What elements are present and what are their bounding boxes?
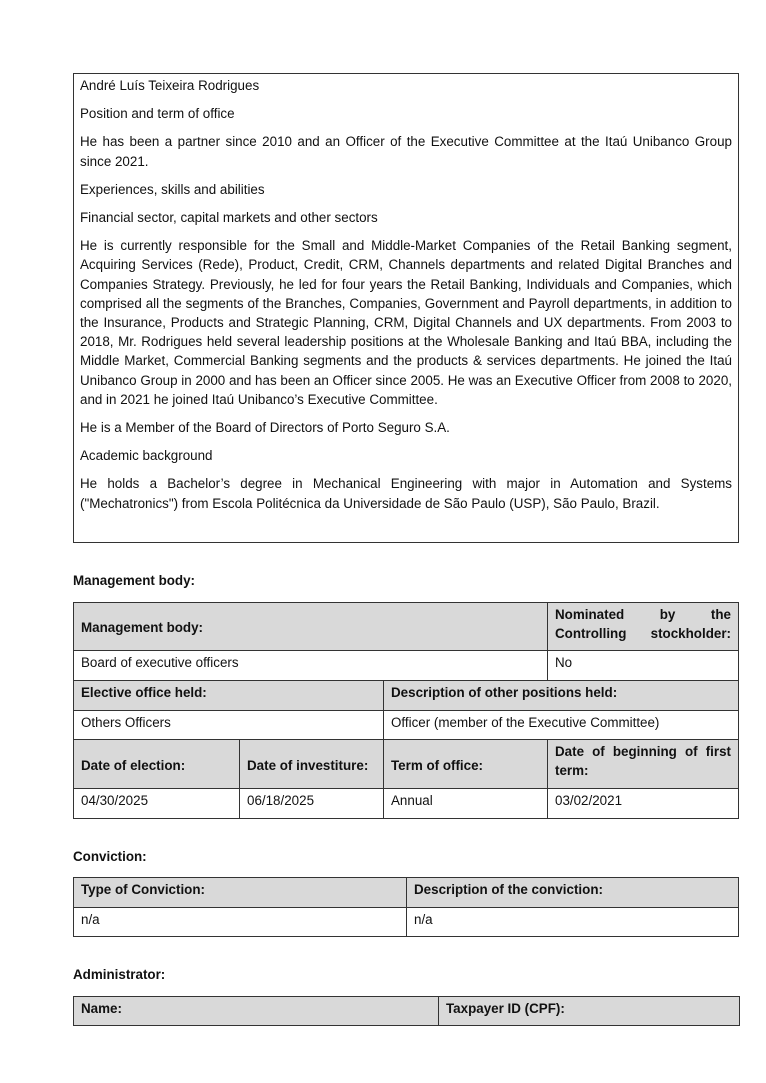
date-election-value: 04/30/2025 <box>74 789 240 819</box>
management-body-value: Board of executive officers <box>74 651 548 681</box>
nominated-value: No <box>548 651 739 681</box>
conviction-table: Type of Conviction: Description of the c… <box>73 877 739 937</box>
term-office-header: Term of office: <box>384 740 548 789</box>
biography-box: André Luís Teixeira Rodrigues Position a… <box>73 73 739 543</box>
administrator-cpf-header: Taxpayer ID (CPF): <box>439 997 740 1026</box>
date-first-term-header: Date of beginning of first term: <box>548 740 739 789</box>
experience-text: He is currently responsible for the Smal… <box>80 236 732 409</box>
administrator-name-header: Name: <box>74 997 439 1026</box>
management-table: Management body: Nominated by the Contro… <box>73 602 739 819</box>
position-heading: Position and term of office <box>80 104 732 123</box>
date-investiture-header: Date of investiture: <box>240 740 384 789</box>
management-body-header: Management body: <box>74 603 548 651</box>
other-positions-header: Description of other positions held: <box>384 681 739 711</box>
conviction-section-label: Conviction: <box>73 849 147 864</box>
academic-heading: Academic background <box>80 446 732 465</box>
other-positions-value: Officer (member of the Executive Committ… <box>384 711 739 740</box>
conviction-type-header: Type of Conviction: <box>74 878 407 908</box>
date-election-header: Date of election: <box>74 740 240 789</box>
board-text: He is a Member of the Board of Directors… <box>80 418 732 437</box>
officer-name: André Luís Teixeira Rodrigues <box>80 76 732 95</box>
date-investiture-value: 06/18/2025 <box>240 789 384 819</box>
sectors-text: Financial sector, capital markets and ot… <box>80 208 732 227</box>
conviction-description-header: Description of the conviction: <box>407 878 739 908</box>
elective-office-value: Others Officers <box>74 711 384 740</box>
management-section-label: Management body: <box>73 573 195 588</box>
elective-office-header: Elective office held: <box>74 681 384 711</box>
conviction-description-value: n/a <box>407 908 739 937</box>
nominated-header: Nominated by the Controlling stockholder… <box>548 603 739 651</box>
academic-text: He holds a Bachelor’s degree in Mechanic… <box>80 474 732 512</box>
conviction-type-value: n/a <box>74 908 407 937</box>
administrator-table: Name: Taxpayer ID (CPF): <box>73 996 740 1026</box>
position-text: He has been a partner since 2010 and an … <box>80 132 732 170</box>
administrator-section-label: Administrator: <box>73 967 165 982</box>
date-first-term-value: 03/02/2021 <box>548 789 739 819</box>
term-office-value: Annual <box>384 789 548 819</box>
experience-heading: Experiences, skills and abilities <box>80 180 732 199</box>
